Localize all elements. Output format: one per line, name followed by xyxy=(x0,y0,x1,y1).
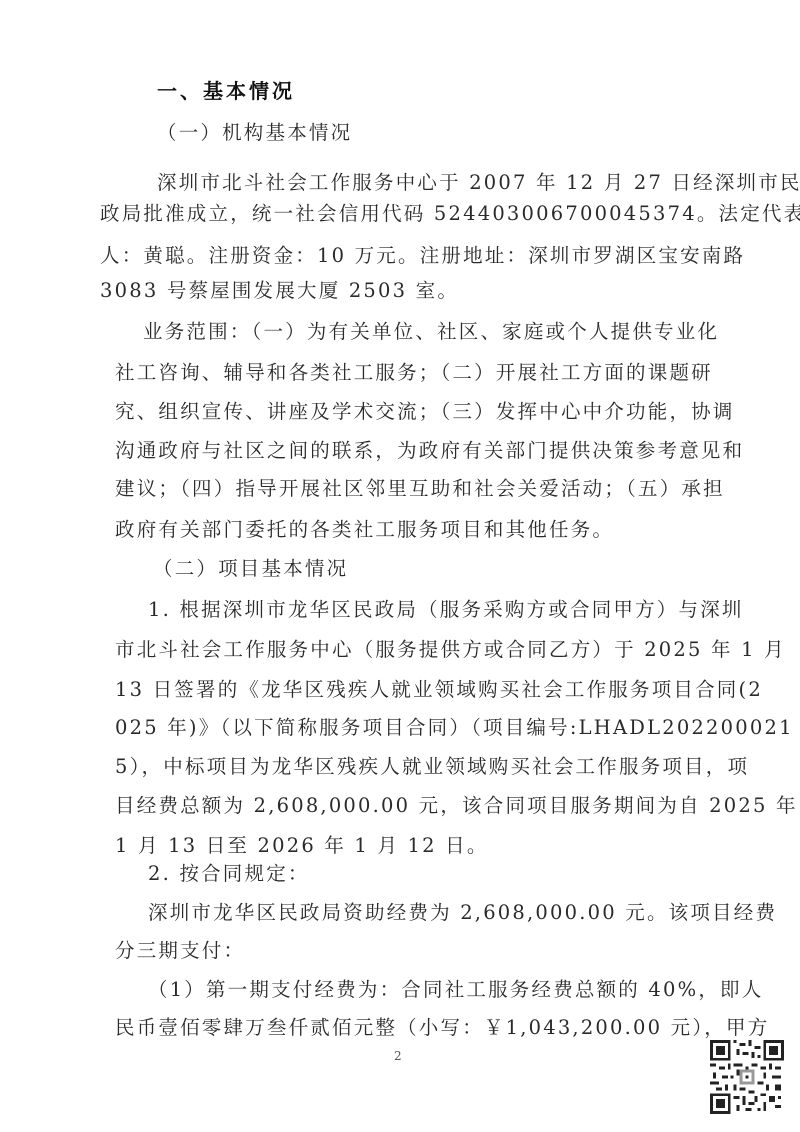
text-line: 13 日签署的《龙华区残疾人就业领域购买社会工作服务项目合同(2 xyxy=(115,678,763,702)
text-line: 3083 号蔡屋围发展大厦 2503 室。 xyxy=(100,279,459,303)
text-line: 1. 根据深圳市龙华区民政局（服务采购方或合同甲方）与深圳 xyxy=(148,598,744,622)
text-line: （1）第一期支付经费为：合同社工服务经费总额的 40%，即人 xyxy=(148,978,763,1002)
text-line: 业务范围：（一）为有关单位、社区、家庭或个人提供专业化 xyxy=(143,320,719,344)
text-line: （二）项目基本情况 xyxy=(153,557,348,581)
text-line: 政府有关部门委托的各类社工服务项目和其他任务。 xyxy=(115,518,614,542)
text-line: 民币壹佰零肆万叁仟贰佰元整（小写：￥1,043,200.00 元），甲方 xyxy=(115,1016,769,1040)
text-line: 025 年)》（以下简称服务项目合同）（项目编号:LHADL202200021 xyxy=(115,716,794,740)
text-line: 社工咨询、辅导和各类社工服务；（二）开展社工方面的课题研 xyxy=(115,361,713,385)
text-line: 建议；（四）指导开展社区邻里互助和社会关爱活动；（五）承担 xyxy=(115,477,725,501)
text-line: 政局批准成立，统一社会信用代码 524403006700045374。法定代表 xyxy=(100,202,800,226)
document-page: 一、基本情况（一）机构基本情况深圳市北斗社会工作服务中心于 2007 年 12 … xyxy=(0,0,800,1132)
text-line: 人：黄聪。注册资金：10 万元。注册地址：深圳市罗湖区宝安南路 xyxy=(100,244,745,268)
page-number: 2 xyxy=(394,1049,402,1063)
text-line: 深圳市北斗社会工作服务中心于 2007 年 12 月 27 日经深圳市民 xyxy=(157,171,800,195)
text-line: （一）机构基本情况 xyxy=(157,121,352,145)
text-line: 市北斗社会工作服务中心（服务提供方或合同乙方）于 2025 年 1 月 xyxy=(115,638,786,662)
text-line: 1 月 13 日至 2026 年 1 月 12 日。 xyxy=(115,834,489,858)
text-line: 5），中标项目为龙华区残疾人就业领域购买社会工作服务项目，项 xyxy=(115,755,749,779)
text-line: 分三期支付： xyxy=(115,939,245,963)
text-line: 究、组织宣传、讲座及学术交流；（三）发挥中心中介功能，协调 xyxy=(115,400,735,424)
qr-code-icon xyxy=(709,1040,785,1114)
text-line: 深圳市龙华区民政局资助经费为 2,608,000.00 元。该项目经费 xyxy=(148,901,777,925)
section-heading: 一、基本情况 xyxy=(157,79,295,103)
text-line: 目经费总额为 2,608,000.00 元，该合同项目服务期间为自 2025 年 xyxy=(115,794,798,818)
text-line: 沟通政府与社区之间的联系，为政府有关部门提供决策参考意见和 xyxy=(115,439,744,463)
text-line: 2. 按合同规定： xyxy=(148,862,310,886)
